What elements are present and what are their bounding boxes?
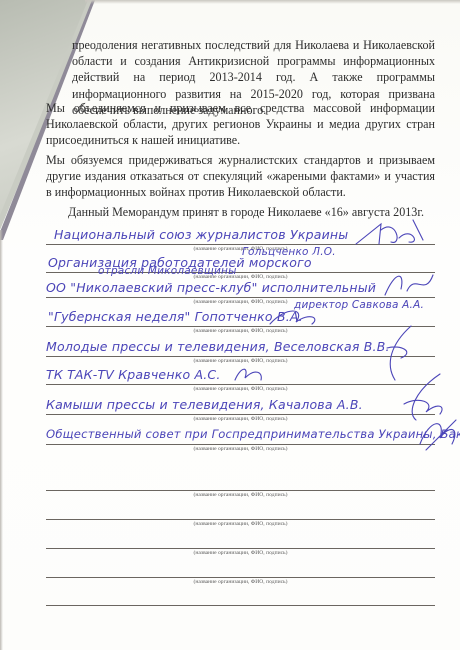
signature-line	[46, 297, 435, 298]
signature-line	[46, 605, 435, 606]
page-top-edge	[85, 0, 460, 4]
handwritten-entry: Национальный союз журналистов Украины	[54, 227, 348, 242]
page-left-edge	[0, 230, 3, 650]
signature-scribble	[266, 304, 326, 330]
handwritten-entry: "Губернская неделя" Гопотченко В.А.	[48, 309, 303, 324]
signature-caption: (название организации, ФИО, подпись)	[46, 550, 435, 556]
signature-caption: (название организации, ФИО, подпись)	[46, 386, 435, 392]
signature-line	[46, 490, 435, 491]
handwritten-entry: ТК ТАК-TV Кравченко А.С.	[46, 367, 221, 382]
signature-scribble	[381, 267, 441, 301]
signature-scribble	[416, 414, 460, 454]
signature-caption: (название организации, ФИО, подпись)	[46, 521, 435, 527]
signature-caption: (название организации, ФИО, подпись)	[46, 416, 435, 422]
signature-line	[46, 548, 435, 549]
signature-caption: (название организации, ФИО, подпись)	[46, 579, 435, 585]
signature-line	[46, 577, 435, 578]
signature-caption: (название организации, ФИО, подпись)	[46, 492, 435, 498]
document-page: преодоления негативных последствий для Н…	[0, 0, 460, 650]
signature-line	[46, 519, 435, 520]
handwritten-entry: Общественный совет при Госпредпринимател…	[46, 427, 460, 441]
signature-line	[46, 444, 435, 445]
signature-line	[46, 326, 435, 327]
signature-line	[46, 356, 435, 357]
handwritten-entry: Молодые прессы и телевидения, Веселовска…	[46, 339, 390, 354]
signature-scribble	[351, 216, 431, 250]
signature-caption: (название организации, ФИО, подпись)	[46, 446, 435, 452]
handwritten-name: отрасли Миколаевщины	[98, 265, 237, 277]
signature-scribble	[231, 362, 271, 386]
signature-caption: (название организации, ФИО, подпись)	[46, 328, 435, 334]
signature-line	[46, 414, 435, 415]
paragraph-call-to-media: Мы объединяемся и призываем все средства…	[46, 100, 435, 149]
paragraph-standards: Мы обязуемся придерживаться журналистски…	[46, 152, 435, 201]
handwritten-entry: ОО "Николаевский пресс-клуб" исполнитель…	[46, 280, 376, 295]
handwritten-entry: Камыши прессы и телевидения, Качалова А.…	[46, 397, 363, 412]
